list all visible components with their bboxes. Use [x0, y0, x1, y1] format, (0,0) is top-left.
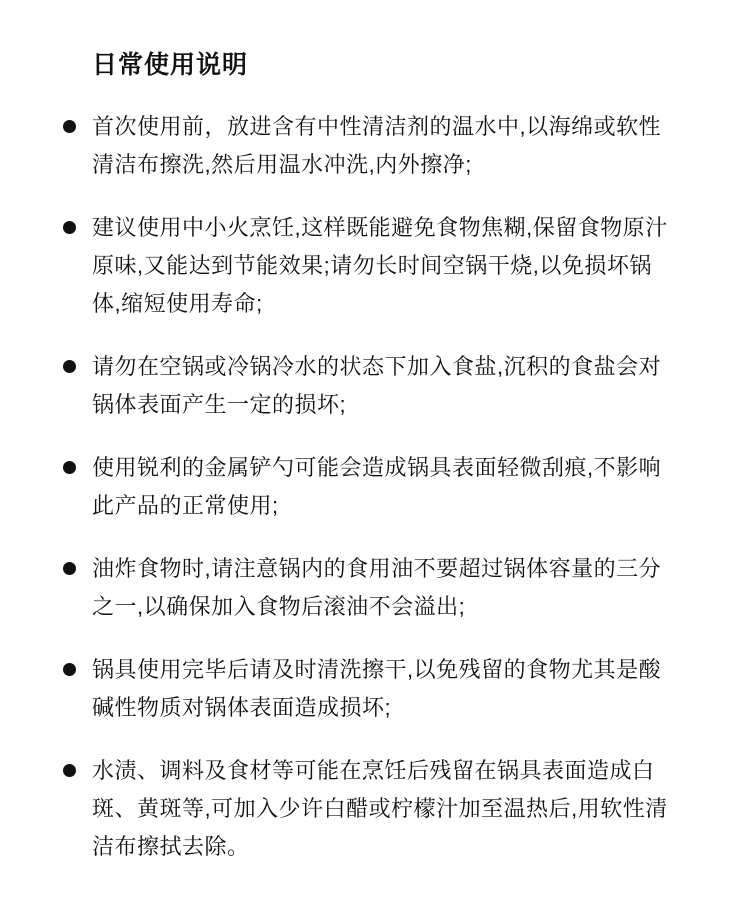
instruction-text: 使用锐利的金属铲勺可能会造成锅具表面轻微刮痕,不影响此产品的正常使用; [92, 449, 672, 525]
bullet-icon [63, 562, 76, 575]
instruction-item: 请勿在空锅或冷锅冷水的状态下加入食盐,沉积的食盐会对锅体表面产生一定的损坏; [63, 348, 672, 424]
instruction-item: 首次使用前，放进含有中性清洁剂的温水中,以海绵或软性清洁布擦洗,然后用温水冲洗,… [63, 108, 672, 184]
instruction-item: 使用锐利的金属铲勺可能会造成锅具表面轻微刮痕,不影响此产品的正常使用; [63, 449, 672, 525]
bullet-icon [63, 120, 76, 133]
instruction-text: 请勿在空锅或冷锅冷水的状态下加入食盐,沉积的食盐会对锅体表面产生一定的损坏; [92, 348, 672, 424]
instruction-item: 锅具使用完毕后请及时清洗擦干,以免残留的食物尤其是酸碱性物质对锅体表面造成损坏; [63, 651, 672, 727]
bullet-icon [63, 461, 76, 474]
instruction-text: 水渍、调料及食材等可能在烹饪后残留在锅具表面造成白斑、黄斑等,可加入少许白醋或柠… [92, 752, 672, 866]
bullet-icon [63, 764, 76, 777]
instruction-item: 建议使用中小火烹饪,这样既能避免食物焦糊,保留食物原汁原味,又能达到节能效果;请… [63, 209, 672, 323]
instruction-text: 锅具使用完毕后请及时清洗擦干,以免残留的食物尤其是酸碱性物质对锅体表面造成损坏; [92, 651, 672, 727]
bullet-icon [63, 663, 76, 676]
bullet-icon [63, 221, 76, 234]
instructions-page: 日常使用说明 首次使用前，放进含有中性清洁剂的温水中,以海绵或软性清洁布擦洗,然… [0, 0, 750, 866]
instruction-text: 建议使用中小火烹饪,这样既能避免食物焦糊,保留食物原汁原味,又能达到节能效果;请… [92, 209, 672, 323]
instruction-text: 油炸食物时,请注意锅内的食用油不要超过锅体容量的三分之一,以确保加入食物后滚油不… [92, 550, 672, 626]
instruction-item: 水渍、调料及食材等可能在烹饪后残留在锅具表面造成白斑、黄斑等,可加入少许白醋或柠… [63, 752, 672, 866]
bullet-icon [63, 360, 76, 373]
instruction-item: 油炸食物时,请注意锅内的食用油不要超过锅体容量的三分之一,以确保加入食物后滚油不… [63, 550, 672, 626]
instruction-text: 首次使用前，放进含有中性清洁剂的温水中,以海绵或软性清洁布擦洗,然后用温水冲洗,… [92, 108, 672, 184]
page-title: 日常使用说明 [92, 48, 672, 82]
